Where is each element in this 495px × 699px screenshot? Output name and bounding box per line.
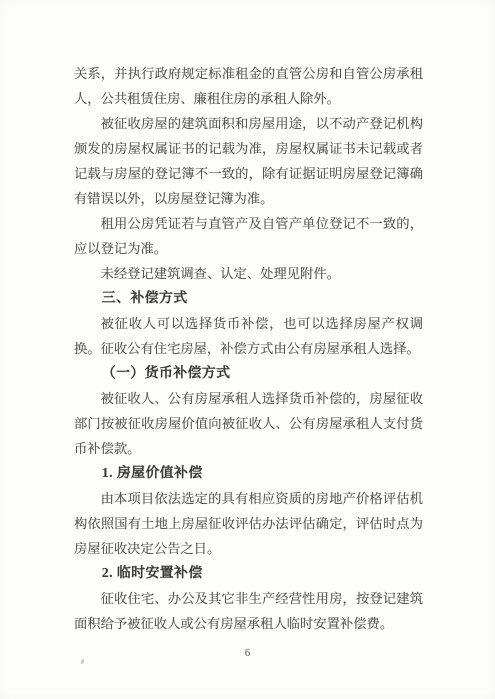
heading-monetary-compensation: （一）货币补偿方式 bbox=[74, 361, 423, 386]
page-number: 6 bbox=[0, 646, 495, 660]
scan-artifact-speck bbox=[80, 659, 84, 665]
heading-section-3-compensation-methods: 三、补偿方式 bbox=[74, 286, 423, 311]
paragraph-unregistered-buildings: 未经登记建筑调查、认定、处理见附件。 bbox=[74, 261, 423, 286]
paragraph-compensation-choice: 被征收人可以选择货币补偿，也可以选择房屋产权调换。征收公有住宅房屋，补偿方式由公… bbox=[74, 311, 423, 361]
paragraph-monetary-payment: 被征收人、公有房屋承租人选择货币补偿的，房屋征收部门按被征收房屋价值向被征收人、… bbox=[74, 386, 423, 461]
paragraph-public-housing-certificate: 租用公房凭证若与直管产及自管产单位登记不一致的，应以登记为准。 bbox=[74, 211, 423, 261]
paragraph-appraisal-determination: 由本项目依法选定的具有相应资质的房地产价格评估机构依照国有土地上房屋征收评估办法… bbox=[74, 486, 423, 561]
paragraph-registration-basis: 被征收房屋的建筑面积和房屋用途，以不动产登记机构颁发的房屋权属证书的记载为准，房… bbox=[74, 111, 423, 211]
paragraph-temporary-resettlement-fee: 征收住宅、办公及其它非生产经营性用房，按登记建筑面积给予被征收人或公有房屋承租人… bbox=[74, 586, 423, 636]
paragraph-continuation: 关系，并执行政府规定标准租金的直管公房和自管公房承租人，公共租赁住房、廉租住房的… bbox=[74, 61, 423, 111]
heading-temporary-resettlement: 2. 临时安置补偿 bbox=[74, 561, 423, 586]
document-body: 关系，并执行政府规定标准租金的直管公房和自管公房承租人，公共租赁住房、廉租住房的… bbox=[74, 61, 423, 636]
scanned-document-page: 关系，并执行政府规定标准租金的直管公房和自管公房承租人，公共租赁住房、廉租住房的… bbox=[0, 0, 495, 699]
heading-house-value-compensation: 1. 房屋价值补偿 bbox=[74, 461, 423, 486]
